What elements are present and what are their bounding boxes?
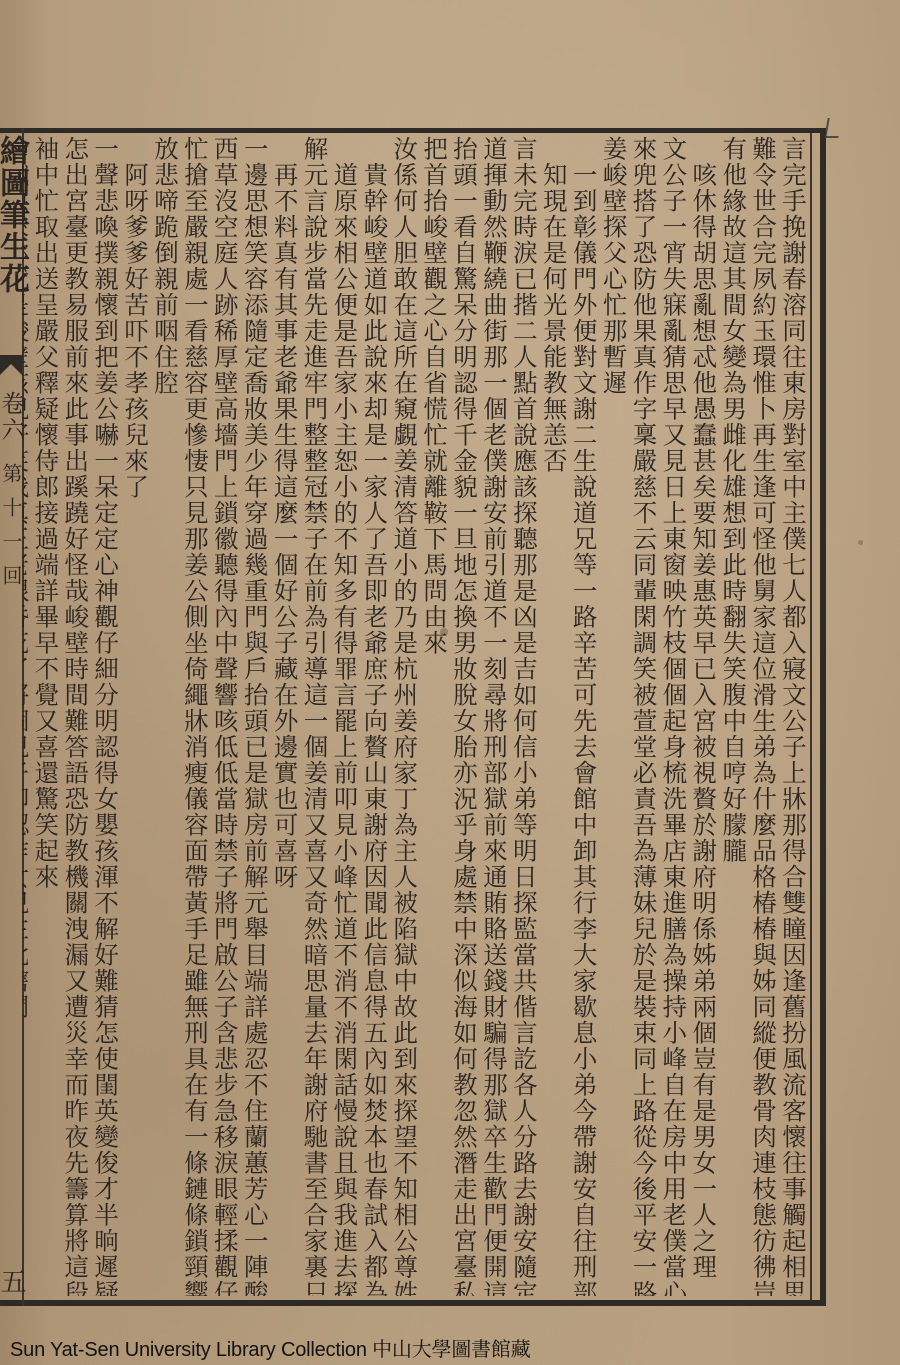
page-number: 五 [0,1268,22,1294]
text-column: 放悲啼跪倒親前咽住腔 [150,136,180,1296]
text-column: 西草沒空庭人跡稀厚壁高墻門上鎖徽聽得內中聲響咳低低當時禁子將門啟公子含悲步急移淚… [210,136,240,1296]
frame-top-border [0,128,826,133]
text-column: 阿呀爹爹好苦吓不孝孩兒來了 [120,136,150,1296]
text-column: 一邊思想笑容添隨定喬妝美少年穿過幾重門與戶抬頭已是獄房前解元舉目端詳處忍不住蘭蕙… [240,136,270,1296]
frame-right-border [820,128,826,1306]
frame-inner-right-line [810,133,812,1300]
chapter-label: 第十一回 [0,463,22,599]
text-column: 姜峻壁探父心忙那暫遲 [599,136,629,1296]
text-column: 再不料真有其事老爺果生得這麼一個好公子藏在外邊實也可喜呀 [270,136,300,1296]
text-column: 汝係何人胆敢在這所在窺覷姜清答道小的乃是杭州姜府家丁為主人被陷獄中故此到來探望不… [389,136,419,1296]
text-column: 有他緣故這其間女變為男雌化雄想到此時翻失笑腹中自哼好朦朧 [718,136,748,1296]
corner-mark [824,118,842,138]
frame-bottom-border [0,1300,826,1306]
paper-stain [440,628,448,636]
library-caption: Sun Yat-Sen University Library Collectio… [10,1333,531,1362]
text-column: 言完手挽謝春溶同往東房對室中主僕七人都入寢文公子上牀那得合雙瞳因逢舊扮風流客懷往… [778,136,808,1296]
text-column: 抬頭一看自驚呆分明認得千金貌一旦地怎換男妝脫女胎亦況乎身處禁中深似海如何教忽然潛… [449,136,479,1296]
text-column: 把首抬峻壁觀之心自省慌忙就離鞍下馬問由來 [419,136,449,1296]
main-text-body: 言完手挽謝春溶同往東房對室中主僕七人都入寢文公子上牀那得合雙瞳因逢舊扮風流客懷往… [22,136,808,1296]
text-column: 貴幹峻壁道如此說來却是一家人了吾即老爺庶子向贅山東謝府因聞此信息得五內如焚本也春… [359,136,389,1296]
text-column: 一到彰儀門外便對文謝二生說道兄等一路辛苦可先去會館中卸其行李大家歇息小弟今帶謝安… [569,136,599,1296]
text-column: 解元言說步當先走進牢門整整冠禁子在前為引導這一個姜清又喜又奇然暗思量去年謝府馳書… [300,136,330,1296]
text-column: 知現在是何光景能教無恙否 [539,136,569,1296]
text-column: 言未完時淚已揩二人點首說應該探聽那是凶是吉如何信小弟等明日探監當共偕言訖各人分路… [509,136,539,1296]
text-column: 袖中忙取出送呈嚴父釋疑懷侍郎接過端詳畢早不覺又喜還驚笑起來 [30,136,60,1296]
book-page: 繪圖筆生花 卷六 第十一回 五 言完手挽謝春溶同往東房對室中主僕七人都入寢文公子… [0,0,900,1365]
margin-strip: 繪圖筆生花 卷六 第十一回 五 [0,133,22,1300]
text-column: 哦原來你就是峻壁孩兒好笑我真正老眼昏花了將個兒子却認作女兒在此瞎問 [22,136,30,1296]
volume-label: 卷六 [0,391,22,443]
text-column: 咳休得胡思亂想忒他愚蠢甚矣要知姜惠英早已入宮被視贅於謝府明係姊弟兩個豈有是男女一… [688,136,718,1296]
book-title: 繪圖筆生花 [0,135,22,295]
text-column: 難令世合完夙約玉環惟卜再生逢可怪他舅家這位滑生弟為什麼品格椿椿與姊同縱便教骨肉連… [748,136,778,1296]
text-column: 來兜搭了恐防他果真作字稟嚴慈不云同輩閑調笑被萱堂必責吾為薄妹兒於是裝束同上路從今… [629,136,659,1296]
text-column: 道原來相公便是吾家小主恕小的不知多有得罪言罷上前叩見小峰忙道不消不消閑話慢說且與… [330,136,360,1296]
text-column: 道揮動然鞭繞曲街那一個老僕謝安前引道不一刻尋將刑部獄前來通賄賂送錢財騙得那獄卒生… [479,136,509,1296]
text-column: 一聲悲喚撲親懷到把姜公嚇一呆定定心神觀仔細分明認得女嬰孩渾不解好難猜怎使閨英變俊… [90,136,120,1296]
text-column: 忙搶至嚴親處一看慈容更慘悽只見那姜公側坐倚繩牀消瘦儀容面帶黃手足雖無刑具在有一條… [180,136,210,1296]
text-column: 文公子一宵失寐亂猜思早又見日上東窗映竹枝個個起身梳洗畢店東進膳為操持小峰自在房中… [658,136,688,1296]
paper-stain [858,540,863,545]
fishtail-ornament-icon [0,355,22,375]
text-column: 怎出宮臺更教易服前來此事出蹊蹺好怪哉峻壁時間難答語恐防教機關洩漏又遭災幸而昨夜先… [60,136,90,1296]
